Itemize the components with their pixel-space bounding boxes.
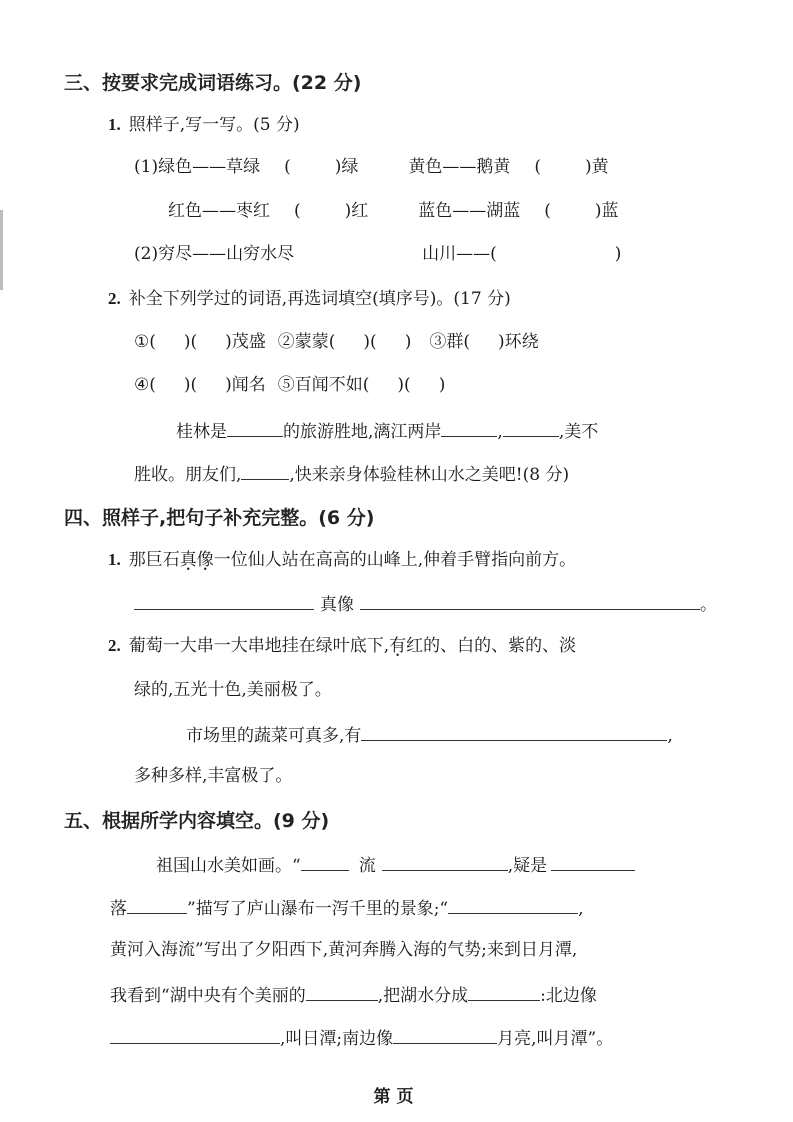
q3-2-row1: ①()()茂盛②蒙蒙()()③群()环绕 bbox=[134, 330, 539, 354]
question-number: 2. bbox=[108, 289, 121, 308]
text: ,快来亲身体验桂林山水之美吧!(8 分) bbox=[289, 465, 569, 485]
q3-1-prompt: 1.照样子,写一写。(5 分) bbox=[108, 113, 300, 137]
fill-blank[interactable] bbox=[551, 852, 635, 871]
text: 的旅游胜地,漓江两岸 bbox=[283, 422, 441, 442]
bracket-open: ( bbox=[544, 201, 551, 221]
q4-2-sentence-line1: 2.葡萄一大串一大串地挂在绿叶底下,有红的、白的、紫的、淡 bbox=[108, 634, 576, 658]
word-item-3: ③群( bbox=[429, 332, 470, 352]
text: 胜收。朋友们, bbox=[134, 465, 241, 485]
bracket-text: )( bbox=[397, 375, 410, 395]
example-text: 红色——枣红 bbox=[168, 201, 270, 221]
q3-2-row2: ④()()闻名⑤百闻不如()() bbox=[134, 373, 445, 397]
fill-blank[interactable] bbox=[241, 461, 289, 480]
bracket-open: ( bbox=[284, 157, 291, 177]
fill-blank[interactable] bbox=[448, 895, 578, 914]
question-text: 补全下列学过的词语,再选词填空(填序号)。(17 分) bbox=[129, 289, 511, 309]
word-suffix: )环绕 bbox=[498, 332, 539, 352]
emphasis-dotted-char: 有 bbox=[389, 634, 406, 658]
example-text: (1)绿色——草绿 bbox=[134, 157, 260, 177]
text: 月亮,叫月潭”。 bbox=[497, 1029, 613, 1049]
fill-blank[interactable] bbox=[227, 418, 283, 437]
fill-blank[interactable] bbox=[393, 1025, 497, 1044]
s5-line2: 落”描写了庐山瀑布一泻千里的景象;“, bbox=[110, 895, 584, 921]
fill-blank[interactable] bbox=[382, 852, 508, 871]
bracket-text: )( bbox=[184, 332, 197, 352]
bracket-close-text: )绿 bbox=[335, 157, 359, 177]
section-4-title: 四、照样子,把句子补充完整。(6 分) bbox=[64, 505, 374, 531]
fill-blank[interactable] bbox=[110, 1025, 280, 1044]
s5-line1: 祖国山水美如画。“流,疑是 bbox=[156, 852, 635, 878]
text: ,疑是 bbox=[508, 856, 547, 876]
word-item-4: ④( bbox=[134, 375, 156, 395]
text: ,叫日潭;南边像 bbox=[280, 1029, 393, 1049]
emphasis-dotted-char: 像 bbox=[197, 548, 214, 572]
fill-blank[interactable] bbox=[503, 418, 559, 437]
text: 一位仙人站在高高的山峰上,伸着手臂指向前方。 bbox=[214, 550, 576, 570]
bracket-open: ( bbox=[294, 201, 301, 221]
fill-blank[interactable] bbox=[306, 982, 378, 1001]
text: , bbox=[667, 726, 672, 746]
q4-1-answer: 真像。 bbox=[134, 591, 717, 617]
q3-2-para-line1: 桂林是的旅游胜地,漓江两岸,,美不 bbox=[176, 418, 598, 444]
s5-line3: 黄河入海流”写出了夕阳西下,黄河奔腾入海的气势;来到日月潭, bbox=[110, 938, 577, 962]
q4-1-sentence: 1.那巨石真像一位仙人站在高高的山峰上,伸着手臂指向前方。 bbox=[108, 548, 576, 572]
bracket-close-text: )红 bbox=[345, 201, 369, 221]
text: 我看到“湖中央有个美丽的 bbox=[110, 986, 306, 1006]
q4-2-sentence-line2: 绿的,五光十色,美丽极了。 bbox=[134, 678, 332, 702]
q3-2-prompt: 2.补全下列学过的词语,再选词填空(填序号)。(17 分) bbox=[108, 287, 511, 311]
bracket-text: )( bbox=[363, 332, 376, 352]
word-item-2: ②蒙蒙( bbox=[278, 332, 336, 352]
text: ,把湖水分成 bbox=[378, 986, 468, 1006]
q4-2-answer: 市场里的蔬菜可真多,有, bbox=[186, 722, 673, 748]
text: 市场里的蔬菜可真多,有 bbox=[186, 726, 361, 746]
q3-1-row1: (1)绿色——草绿()绿黄色——鹅黄()黄 bbox=[134, 155, 609, 179]
text: , bbox=[578, 899, 583, 919]
question-number: 2. bbox=[108, 636, 121, 655]
s5-line5: ,叫日潭;南边像月亮,叫月潭”。 bbox=[110, 1025, 613, 1051]
bracket-close-text: )蓝 bbox=[595, 201, 619, 221]
text: 葡萄一大串一大串地挂在绿叶底下, bbox=[129, 636, 389, 656]
question-number: 1. bbox=[108, 550, 121, 569]
fill-blank[interactable] bbox=[468, 982, 540, 1001]
fill-blank[interactable] bbox=[361, 722, 667, 741]
text: :北边像 bbox=[540, 986, 597, 1006]
text: 祖国山水美如画。“ bbox=[156, 856, 301, 876]
question-number: 1. bbox=[108, 115, 121, 134]
q4-2-answer-line2: 多种多样,丰富极了。 bbox=[134, 764, 292, 788]
text: 桂林是 bbox=[176, 422, 227, 442]
bracket-text: ) bbox=[405, 332, 412, 352]
bracket-text: ) bbox=[439, 375, 446, 395]
example-text: (2)穷尽——山穷水尽 bbox=[134, 244, 294, 264]
fill-blank[interactable] bbox=[360, 591, 700, 610]
text: 真像 bbox=[320, 595, 354, 615]
bracket-open: ( bbox=[534, 157, 541, 177]
prompt-text: 山川——( bbox=[422, 244, 497, 264]
example-text: 蓝色——湖蓝 bbox=[418, 201, 520, 221]
text: 那巨石 bbox=[129, 550, 180, 570]
q3-1-row2: 红色——枣红()红蓝色——湖蓝()蓝 bbox=[168, 199, 619, 223]
fill-blank[interactable] bbox=[301, 852, 349, 871]
fill-blank[interactable] bbox=[127, 895, 187, 914]
text: 红的、白的、紫的、淡 bbox=[406, 636, 576, 656]
question-text: 照样子,写一写。(5 分) bbox=[129, 115, 300, 135]
text: ,美不 bbox=[559, 422, 598, 442]
fill-blank[interactable] bbox=[134, 591, 314, 610]
fill-blank[interactable] bbox=[441, 418, 497, 437]
q3-1-row3: (2)穷尽——山穷水尽山川——() bbox=[134, 242, 621, 266]
word-item-1: ①( bbox=[134, 332, 156, 352]
section-3-title: 三、按要求完成词语练习。(22 分) bbox=[64, 70, 361, 96]
section-5-title: 五、根据所学内容填空。(9 分) bbox=[64, 808, 329, 834]
text: ”描写了庐山瀑布一泻千里的景象;“ bbox=[187, 899, 448, 919]
word-item-5: ⑤百闻不如( bbox=[278, 375, 370, 395]
example-text: 黄色——鹅黄 bbox=[408, 157, 510, 177]
bracket-close: ) bbox=[615, 244, 622, 264]
page-number-label: 第页 bbox=[0, 1082, 793, 1107]
word-suffix: )茂盛 bbox=[225, 332, 266, 352]
s5-line4: 我看到“湖中央有个美丽的,把湖水分成:北边像 bbox=[110, 982, 597, 1008]
text: 流 bbox=[359, 856, 376, 876]
text: 。 bbox=[700, 595, 717, 615]
q3-2-para-line2: 胜收。朋友们,,快来亲身体验桂林山水之美吧!(8 分) bbox=[134, 461, 569, 487]
scan-edge-mark bbox=[0, 210, 3, 290]
word-suffix: )闻名 bbox=[225, 375, 266, 395]
emphasis-dotted-char: 真 bbox=[180, 548, 197, 572]
bracket-text: )( bbox=[184, 375, 197, 395]
text: 落 bbox=[110, 899, 127, 919]
bracket-close-text: )黄 bbox=[585, 157, 609, 177]
